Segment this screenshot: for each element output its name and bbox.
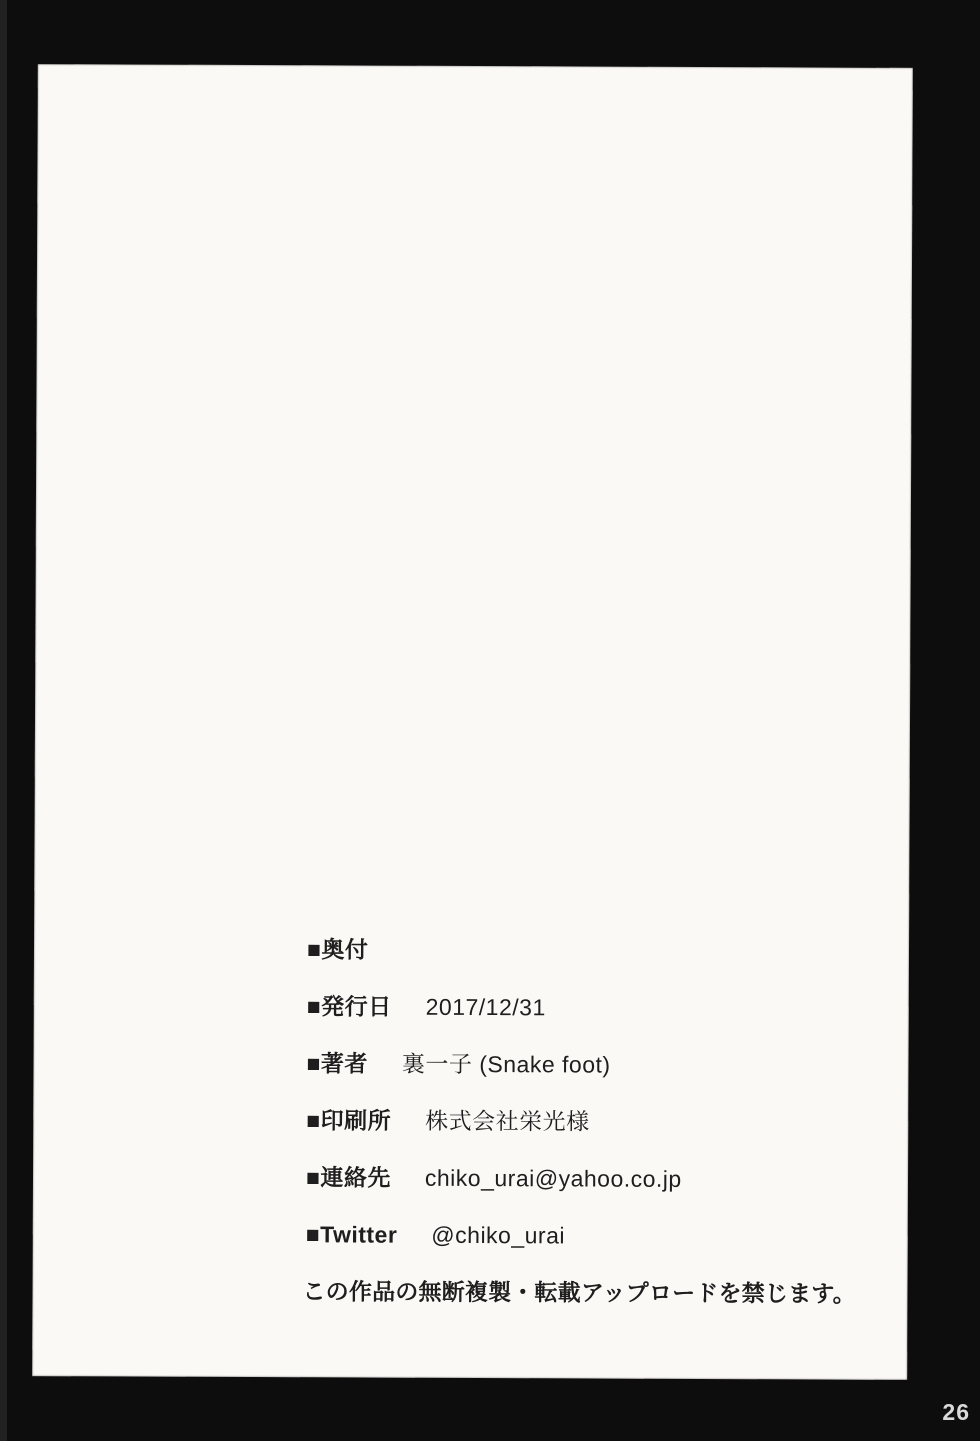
scan-edge-artifact: [0, 0, 7, 1441]
printer-value: 株式会社栄光様: [425, 1108, 590, 1135]
twitter-handle: @chiko_urai: [431, 1222, 565, 1249]
publish-date-value: 2017/12/31: [426, 994, 546, 1021]
page-number: 26: [942, 1399, 970, 1426]
author-value: 裏一子 (Snake foot): [402, 1051, 611, 1078]
printer-label: ■印刷所: [306, 1107, 391, 1133]
contact-label: ■連絡先: [306, 1164, 391, 1190]
scanned-page: ■奥付 ■発行日2017/12/31 ■著者裏一子 (Snake foot) ■…: [0, 0, 980, 1441]
colophon-line-author: ■著者裏一子 (Snake foot): [306, 1035, 886, 1095]
colophon-block: ■奥付 ■発行日2017/12/31 ■著者裏一子 (Snake foot) ■…: [305, 921, 887, 1323]
colophon-line-printer: ■印刷所株式会社栄光様: [306, 1092, 886, 1152]
publish-date-label: ■発行日: [307, 993, 392, 1019]
contact-email: chiko_urai@yahoo.co.jp: [425, 1165, 682, 1192]
colophon-line-contact: ■連絡先chiko_urai@yahoo.co.jp: [306, 1149, 886, 1209]
copyright-notice: この作品の無断複製・転載アップロードを禁じます。: [302, 1263, 885, 1323]
colophon-line-twitter: ■Twitter@chiko_urai: [306, 1206, 886, 1266]
colophon-line-publish-date: ■発行日2017/12/31: [307, 978, 887, 1038]
twitter-label: ■Twitter: [306, 1221, 398, 1247]
colophon-title: ■奥付: [307, 921, 887, 981]
paper-page: ■奥付 ■発行日2017/12/31 ■著者裏一子 (Snake foot) ■…: [32, 64, 913, 1380]
author-label: ■著者: [306, 1050, 368, 1076]
